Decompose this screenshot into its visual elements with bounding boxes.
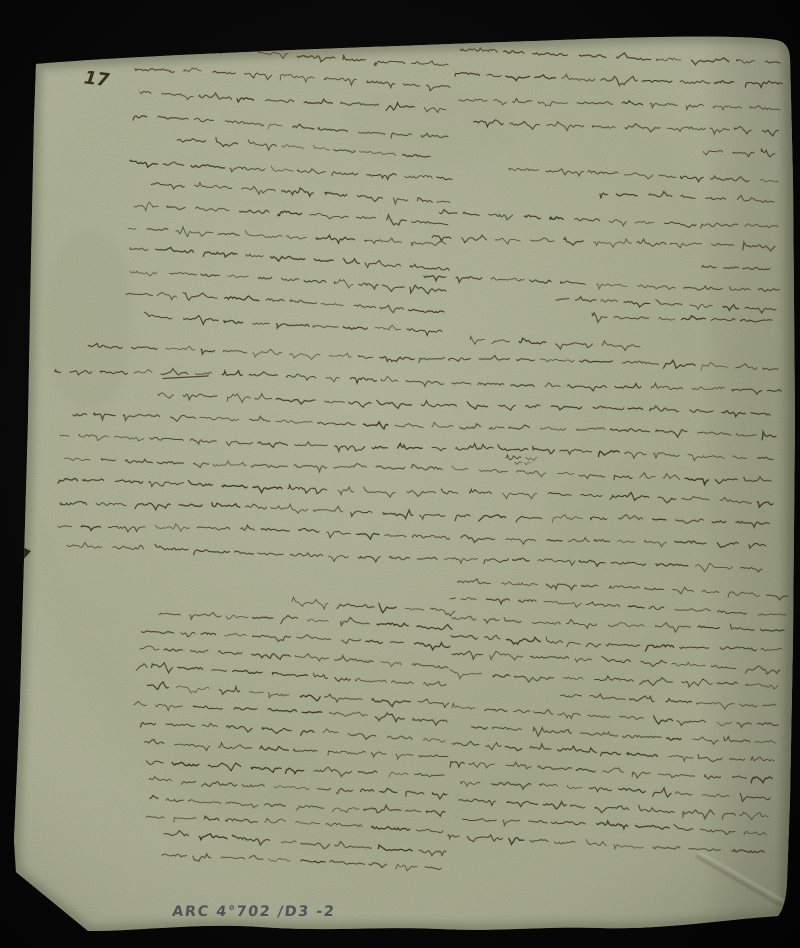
- paper-stain: [45, 230, 135, 410]
- paper-stain: [545, 460, 735, 580]
- shelfmark: ARC 4°702 /D3 -2: [171, 904, 336, 920]
- paper-stain: [345, 90, 515, 170]
- paper-stain: [160, 715, 320, 825]
- page-number: 17: [83, 67, 111, 91]
- manuscript-photo: 17 ARC 4°702 /D3 -2: [0, 0, 800, 948]
- photo-stage: 17 ARC 4°702 /D3 -2: [0, 0, 800, 948]
- paper-surface-effects: [0, 0, 800, 948]
